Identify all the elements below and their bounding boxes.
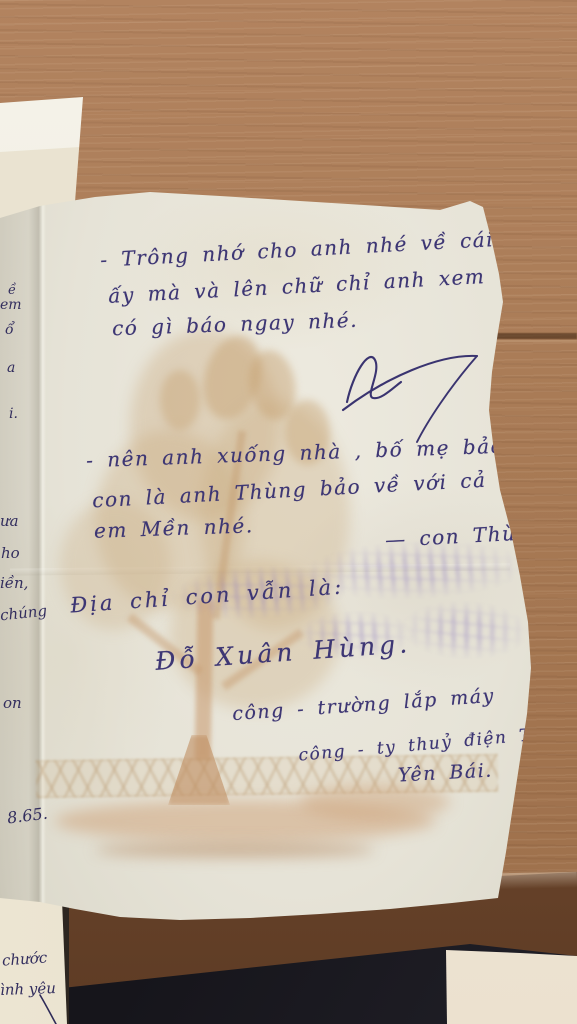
left-page-fragment: ho: [1, 544, 20, 562]
letter-line: ấy mà và lên chữ chỉ anh xem: [108, 264, 486, 308]
signature-flourish: [335, 330, 485, 445]
tree-watermark-ground: [95, 842, 375, 858]
letter-line: có gì báo ngay nhé.: [112, 308, 359, 341]
tree-watermark-ground: [300, 785, 450, 819]
left-page-fragment: ề: [8, 283, 16, 298]
left-page-fragment: iền,: [0, 574, 28, 592]
left-page-fragment: ưa: [0, 512, 19, 530]
tree-watermark-flower: [160, 370, 200, 430]
left-page-fragment: ổ: [5, 322, 14, 338]
left-page-fragment: em: [0, 297, 22, 313]
left-page-fragment: i.: [9, 406, 18, 422]
left-page-fragment: on: [3, 694, 22, 712]
photo-of-handwritten-letter: chước ình yêu - Trông: [0, 0, 577, 1024]
plank-groove-highlight: [488, 340, 577, 342]
pen-stroke-flourish: [0, 945, 70, 1024]
left-page-fragment: a: [7, 360, 15, 376]
plank-groove-line: [488, 333, 577, 339]
ink-transfer-smudge: [399, 598, 531, 663]
